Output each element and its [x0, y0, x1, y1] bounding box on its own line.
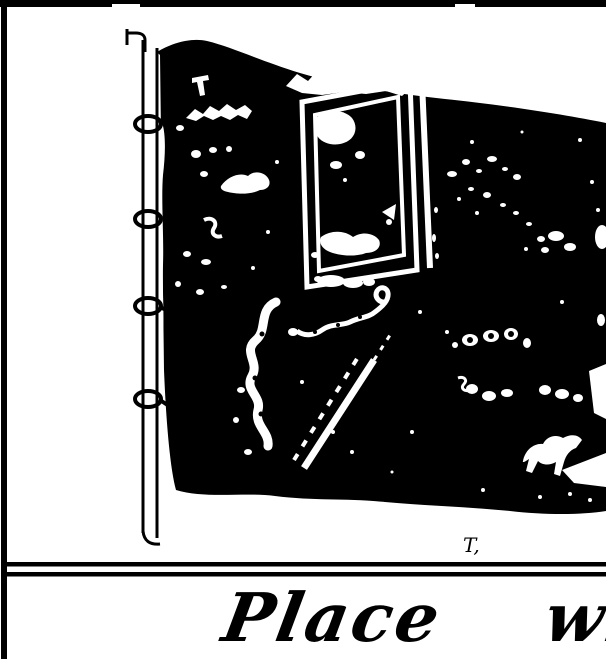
engraved-plate-page: T, Place wher	[0, 0, 606, 659]
top-border-rule	[0, 0, 606, 7]
left-border-rule	[1, 0, 7, 659]
flag-engraving: T,	[0, 0, 606, 659]
plate-mark: T,	[463, 533, 480, 557]
figure-caption: Place wher	[218, 584, 606, 651]
